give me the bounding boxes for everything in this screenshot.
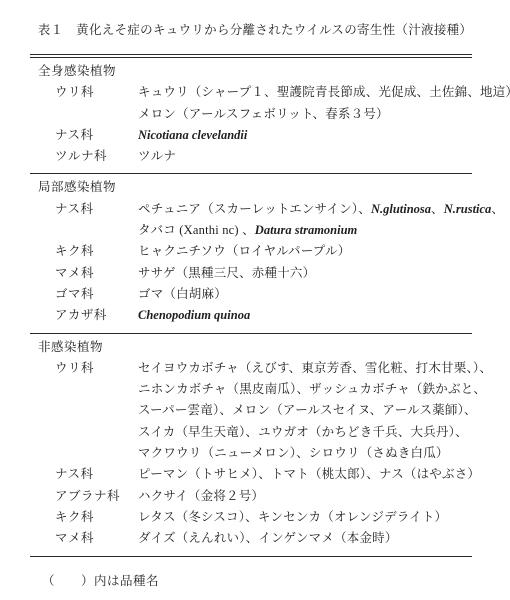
species-line: タバコ (Xanthi nc) 、Datura stramonium xyxy=(138,220,472,241)
species-line: ピーマン（トサヒメ）、トマト（桃太郎）、ナス（はやぶさ） xyxy=(138,464,472,485)
species-text: 、 xyxy=(491,202,504,216)
family-name: キク科 xyxy=(30,241,138,262)
species-line: ササゲ（黒種三尺、赤種十六） xyxy=(138,263,472,284)
species-line: ペチュニア（スカーレットエンサイン）、N.glutinosa、N.rustica… xyxy=(138,199,472,220)
species-text: マクワウリ（ニューメロン）、シロウリ（さぬき白瓜） xyxy=(138,446,449,460)
species-lines: キュウリ（シャープ１、聖護院青長節成、光促成、土佐錦、地這）メロン（アールスフェ… xyxy=(138,82,472,125)
family-name: キク科 xyxy=(30,507,138,528)
section-1: 全身感染植物ウリ科キュウリ（シャープ１、聖護院青長節成、光促成、土佐錦、地這）メ… xyxy=(30,58,472,174)
family-name: ナス科 xyxy=(30,464,138,485)
section-3: 非感染植物ウリ科セイヨウカボチャ（えびす、東京芳香、雪化粧、打木甘栗、）、ニホン… xyxy=(30,334,472,557)
latin-species-name: Datura stramonium xyxy=(255,223,357,237)
species-line: スイカ（早生天竜）、ユウガオ（かちどき千兵、大兵丹）、 xyxy=(138,422,472,443)
table-footnote: （ ）内は品種名 xyxy=(42,571,510,592)
species-text: スーパー雲竜）、メロン（アールスセイヌ、アールス薬師）、 xyxy=(138,403,477,417)
species-lines: レタス（冬シスコ）、キンセンカ（オレンジデライト） xyxy=(138,507,472,528)
species-text: タバコ (Xanthi nc) 、 xyxy=(138,223,255,237)
species-text: ダイズ（えんれい）、インゲンマメ（本金時） xyxy=(138,531,398,545)
table-row: キク科レタス（冬シスコ）、キンセンカ（オレンジデライト） xyxy=(30,507,472,528)
family-name: ウリ科 xyxy=(30,82,138,125)
family-name: アブラナ科 xyxy=(30,486,138,507)
table-row: アカザ科Chenopodium quinoa xyxy=(30,305,472,326)
table-row: ツルナ科ツルナ xyxy=(30,146,472,167)
species-lines: Chenopodium quinoa xyxy=(138,305,472,326)
species-text: 、 xyxy=(431,202,444,216)
species-text: ピーマン（トサヒメ）、トマト（桃太郎）、ナス（はやぶさ） xyxy=(138,467,480,481)
species-line: マクワウリ（ニューメロン）、シロウリ（さぬき白瓜） xyxy=(138,443,472,464)
table-row: マメ科ササゲ（黒種三尺、赤種十六） xyxy=(30,263,472,284)
family-name: ツルナ科 xyxy=(30,146,138,167)
species-text: ツルナ xyxy=(138,149,176,163)
species-lines: ダイズ（えんれい）、インゲンマメ（本金時） xyxy=(138,528,472,549)
species-line: レタス（冬シスコ）、キンセンカ（オレンジデライト） xyxy=(138,507,472,528)
species-line: メロン（アールスフェボリット、春系３号） xyxy=(138,104,472,125)
species-lines: ハクサイ（金将２号） xyxy=(138,486,472,507)
species-text: セイヨウカボチャ（えびす、東京芳香、雪化粧、打木甘栗、）、 xyxy=(138,361,492,375)
section-header: 局部感染植物 xyxy=(30,177,472,198)
species-line: スーパー雲竜）、メロン（アールスセイヌ、アールス薬師）、 xyxy=(138,400,472,421)
species-text: ヒャクニチソウ（ロイヤルパープル） xyxy=(138,244,350,258)
table-row: ゴマ科ゴマ（白胡麻） xyxy=(30,284,472,305)
document-page: 表１ 黄化えそ症のキュウリから分離されたウイルスの寄生性（汁液接種） 全身感染植… xyxy=(0,0,510,600)
family-name: ウリ科 xyxy=(30,358,138,464)
species-line: ツルナ xyxy=(138,146,472,167)
table-row: アブラナ科ハクサイ（金将２号） xyxy=(30,486,472,507)
table-row: ウリ科セイヨウカボチャ（えびす、東京芳香、雪化粧、打木甘栗、）、ニホンカボチャ（… xyxy=(30,358,472,464)
species-text: ゴマ（白胡麻） xyxy=(138,287,227,301)
species-line: ゴマ（白胡麻） xyxy=(138,284,472,305)
species-lines: Nicotiana clevelandii xyxy=(138,125,472,146)
table-row: ナス科Nicotiana clevelandii xyxy=(30,125,472,146)
family-name: ナス科 xyxy=(30,125,138,146)
species-line: ハクサイ（金将２号） xyxy=(138,486,472,507)
family-name: マメ科 xyxy=(30,528,138,549)
species-text: スイカ（早生天竜）、ユウガオ（かちどき千兵、大兵丹）、 xyxy=(138,425,468,439)
table-row: ナス科ペチュニア（スカーレットエンサイン）、N.glutinosa、N.rust… xyxy=(30,199,472,242)
species-lines: ゴマ（白胡麻） xyxy=(138,284,472,305)
family-name: アカザ科 xyxy=(30,305,138,326)
family-name: ナス科 xyxy=(30,199,138,242)
species-line: Chenopodium quinoa xyxy=(138,305,472,326)
species-text: ニホンカボチャ（黒皮南瓜）、ザッシュカボチャ（鉄かぶと、 xyxy=(138,382,486,396)
table-row: ナス科ピーマン（トサヒメ）、トマト（桃太郎）、ナス（はやぶさ） xyxy=(30,464,472,485)
species-lines: ペチュニア（スカーレットエンサイン）、N.glutinosa、N.rustica… xyxy=(138,199,472,242)
latin-species-name: N.glutinosa xyxy=(371,202,431,216)
species-text: ササゲ（黒種三尺、赤種十六） xyxy=(138,266,315,280)
species-lines: ササゲ（黒種三尺、赤種十六） xyxy=(138,263,472,284)
species-line: セイヨウカボチャ（えびす、東京芳香、雪化粧、打木甘栗、）、 xyxy=(138,358,472,379)
latin-species-name: N.rustica xyxy=(444,202,492,216)
species-line: ダイズ（えんれい）、インゲンマメ（本金時） xyxy=(138,528,472,549)
species-lines: ピーマン（トサヒメ）、トマト（桃太郎）、ナス（はやぶさ） xyxy=(138,464,472,485)
latin-species-name: Nicotiana clevelandii xyxy=(138,128,247,142)
family-name: マメ科 xyxy=(30,263,138,284)
species-lines: ツルナ xyxy=(138,146,472,167)
section-header: 全身感染植物 xyxy=(30,61,472,82)
virus-host-table: 全身感染植物ウリ科キュウリ（シャープ１、聖護院青長節成、光促成、土佐錦、地這）メ… xyxy=(30,54,472,557)
species-text: キュウリ（シャープ１、聖護院青長節成、光促成、土佐錦、地這） xyxy=(138,85,510,99)
table-row: キク科ヒャクニチソウ（ロイヤルパープル） xyxy=(30,241,472,262)
family-name: ゴマ科 xyxy=(30,284,138,305)
table-body: 全身感染植物ウリ科キュウリ（シャープ１、聖護院青長節成、光促成、土佐錦、地這）メ… xyxy=(30,58,472,557)
species-lines: ヒャクニチソウ（ロイヤルパープル） xyxy=(138,241,472,262)
section-header: 非感染植物 xyxy=(30,337,472,358)
section-2: 局部感染植物ナス科ペチュニア（スカーレットエンサイン）、N.glutinosa、… xyxy=(30,174,472,333)
species-line: キュウリ（シャープ１、聖護院青長節成、光促成、土佐錦、地這） xyxy=(138,82,472,103)
species-text: レタス（冬シスコ）、キンセンカ（オレンジデライト） xyxy=(138,510,447,524)
table-row: ウリ科キュウリ（シャープ１、聖護院青長節成、光促成、土佐錦、地這）メロン（アール… xyxy=(30,82,472,125)
species-lines: セイヨウカボチャ（えびす、東京芳香、雪化粧、打木甘栗、）、ニホンカボチャ（黒皮南… xyxy=(138,358,472,464)
table-row: マメ科ダイズ（えんれい）、インゲンマメ（本金時） xyxy=(30,528,472,549)
latin-species-name: Chenopodium quinoa xyxy=(138,308,250,322)
species-line: ヒャクニチソウ（ロイヤルパープル） xyxy=(138,241,472,262)
species-text: メロン（アールスフェボリット、春系３号） xyxy=(138,107,389,121)
species-text: ペチュニア（スカーレットエンサイン）、 xyxy=(138,202,371,216)
species-line: ニホンカボチャ（黒皮南瓜）、ザッシュカボチャ（鉄かぶと、 xyxy=(138,379,472,400)
species-line: Nicotiana clevelandii xyxy=(138,125,472,146)
species-text: ハクサイ（金将２号） xyxy=(138,489,264,503)
table-title: 表１ 黄化えそ症のキュウリから分離されたウイルスの寄生性（汁液接種） xyxy=(0,0,510,38)
